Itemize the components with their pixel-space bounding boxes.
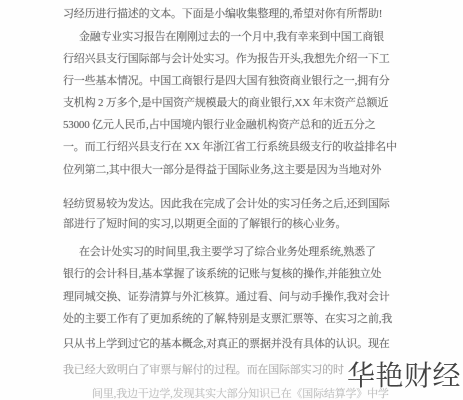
text-line-faded: 间里,我边干边学,发现其实大部分知识已在《国际结算学》中学 — [92, 388, 389, 400]
text-line: 处的主要工作有了更加系统的了解,特别是支票汇票等、在实习之前,我 — [63, 313, 392, 326]
text-line: 行一些基本情况。中国工商银行是四大国有独资商业银行之一,拥有分 — [63, 75, 390, 88]
text-line: 银行的会计科目,基本掌握了该系统的记账与复核的操作,并能独立处 — [63, 268, 381, 281]
text-line: 理同城交换、证券清算与外汇核算。通过看、问与动手操作,我对会计 — [63, 291, 390, 304]
text-line-faded: 我已经大致明白了审票与解付的过程。而在国际部实习的时 — [63, 364, 344, 377]
text-line: 金融专业实习报告在刚刚过去的一个月中,我有幸来到中国工商银 — [79, 31, 384, 44]
text-line: 行绍兴县支行国际部与会计处实习。作为报告开头,我想先介绍一下工 — [63, 53, 390, 66]
scanned-text-block: 习经历进行描述的文本。下面是小编收集整理的,希望对你有所帮助! 金融专业实习报告… — [0, 0, 463, 400]
text-line: 只从书上学到过它的基本概念,对真正的票据并没有具体的认识。现在 — [63, 338, 390, 351]
text-line: 位列第二,其中很大一部分是得益于国际业务,这主要是因为当地对外 — [63, 164, 381, 177]
text-line: 在会计处实习的时间里,我主要学习了综合业务处理系统,熟悉了 — [79, 246, 376, 259]
text-line: 53000 亿元人民币,占中国境内银行业金融机构资产总和的近五分之 — [63, 119, 375, 132]
document-page: 习经历进行描述的文本。下面是小编收集整理的,希望对你有所帮助! 金融专业实习报告… — [0, 0, 463, 400]
text-line: 一。而工行绍兴县支行在 XX 年浙江省工行系统县级支行的收益排名中 — [63, 141, 397, 154]
watermark: 华艳财经 — [347, 360, 461, 392]
text-line: 支机构 2 万多个,是中国资产规模最大的商业银行,XX 年末资产总额近 — [63, 97, 388, 110]
text-line: 部进行了短时间的实习,以期更全面的了解银行的核心业务。 — [63, 218, 346, 231]
text-line: 轻纺贸易较为发达。因此我在完成了会计处的实习任务之后,还到国际 — [63, 198, 390, 211]
text-line: 习经历进行描述的文本。下面是小编收集整理的,希望对你有所帮助! — [63, 8, 382, 21]
